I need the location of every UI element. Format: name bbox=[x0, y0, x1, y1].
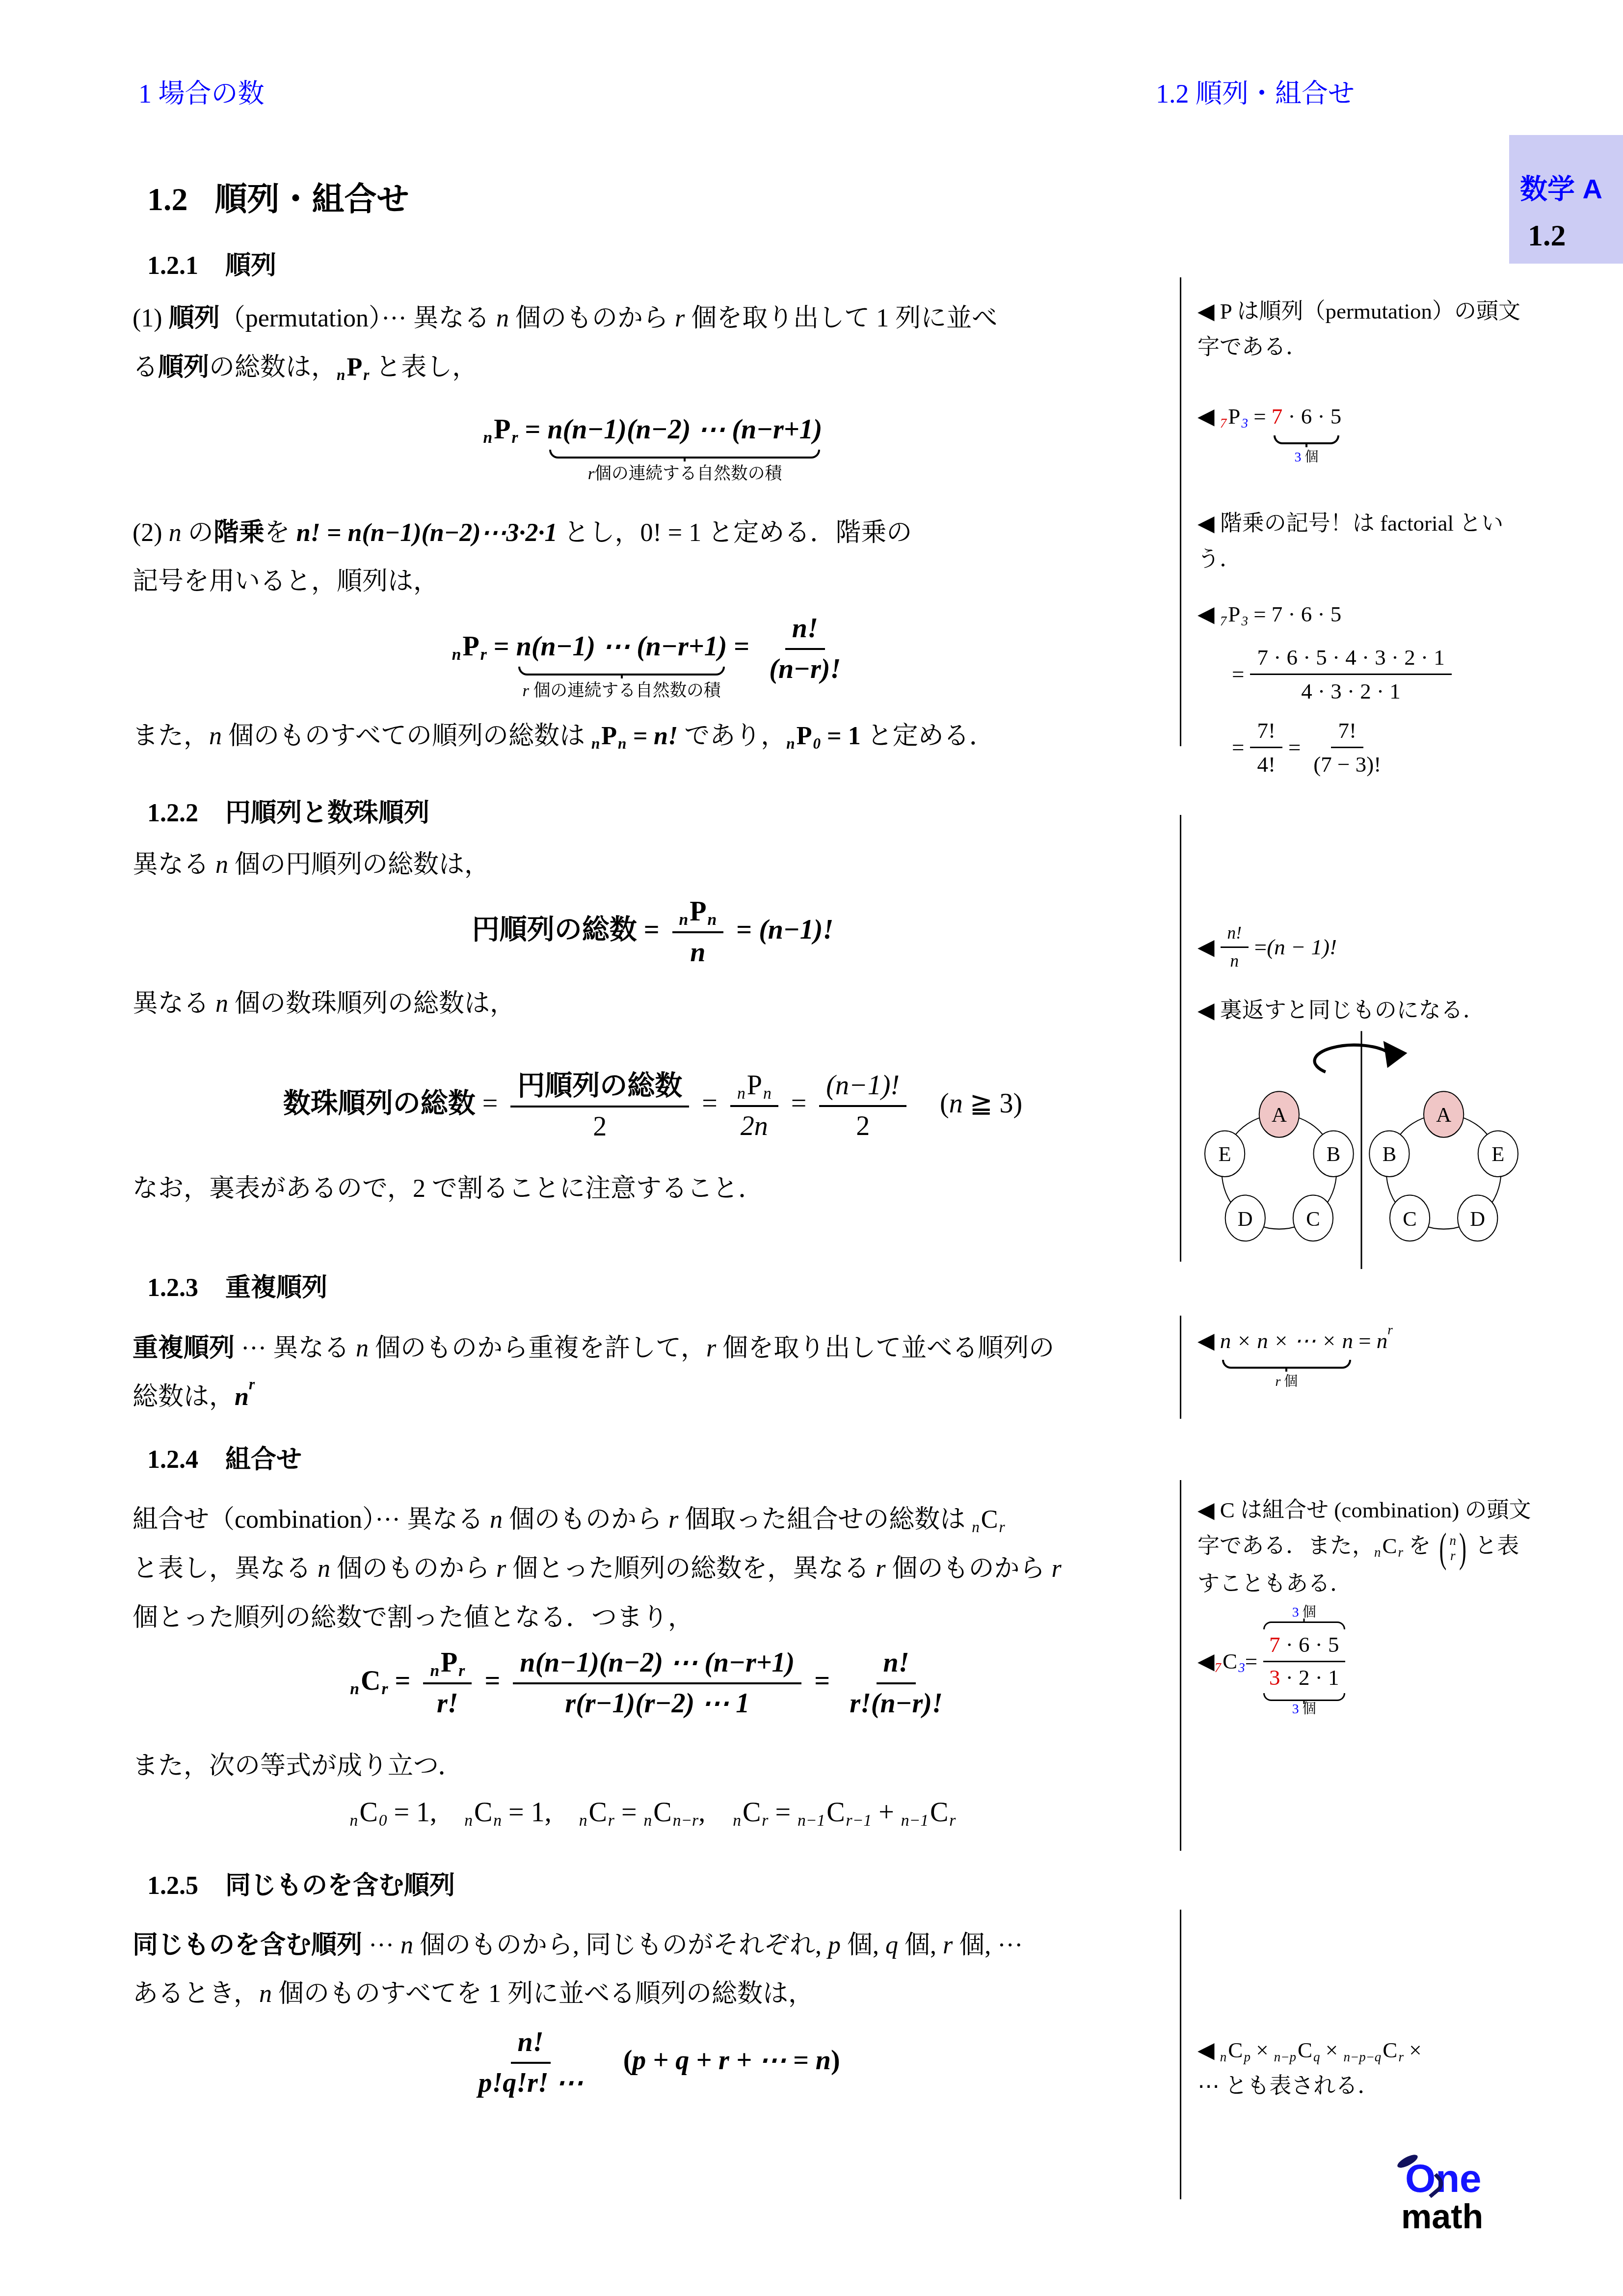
textbook-page: 1 場合の数 1.2 順列・組合せ 数学 A 1.2 1.2順列・組合せ 1.2… bbox=[0, 0, 1623, 2296]
divider-line bbox=[1180, 1316, 1181, 1419]
paragraph-circular: 異なる n 個の円順列の総数は， bbox=[133, 840, 1173, 890]
divider-line bbox=[1180, 815, 1181, 1262]
header-section: 1.2 順列・組合せ bbox=[1156, 73, 1355, 110]
paragraph-permutation-def: (1) 順列（permutation）··· 異なる n 個のものから r 個を… bbox=[133, 294, 1173, 392]
heading-1-2-1: 1.2.1順列 bbox=[147, 244, 276, 281]
formula-necklace: 数珠順列の総数 = 円順列の総数2 = nPn2n = (n−1)!2 (n ≧… bbox=[133, 1068, 1173, 1144]
label-left-a: A bbox=[1272, 1104, 1287, 1127]
paragraph-npn: また，n 個のものすべての順列の総数は nPn = n! であり，nP0 = 1… bbox=[133, 712, 1173, 761]
paragraph-factorial-def: (2) n の階乗を n! = n(n−1)(n−2)⋯3·2·1 とし，0! … bbox=[133, 508, 1173, 606]
label-left-c: C bbox=[1306, 1208, 1320, 1231]
formula-ncr-identities: nC0 = 1, nCn = 1, nCr = nCn−r, nCr = n−1… bbox=[133, 1794, 1173, 1832]
label-right-a: A bbox=[1436, 1104, 1451, 1127]
header-chapter: 1 場合の数 bbox=[138, 73, 265, 110]
paragraph-identities: また，次の等式が成り立つ． bbox=[133, 1742, 1173, 1791]
label-left-e: E bbox=[1219, 1143, 1231, 1166]
page-title: 1.2順列・組合せ bbox=[147, 173, 409, 219]
badge-section-number: 1.2 bbox=[1528, 218, 1623, 253]
margin-note-n-fact-over-n: ◀ n!n = (n − 1)! bbox=[1197, 922, 1541, 972]
divider-line bbox=[1180, 1910, 1181, 2199]
margin-note-product-of-c: ◀ nCp × n−pCq × n−p−qCr × ⋯ とも表される． bbox=[1197, 2032, 1541, 2104]
heading-1-2-5: 1.2.5同じものを含む順列 bbox=[147, 1864, 455, 1901]
page-title-number: 1.2 bbox=[147, 182, 188, 217]
formula-circular: 円順列の総数 = nPnn = (n−1)! bbox=[133, 894, 1173, 970]
necklace-diagram: A B C D E A B E C D bbox=[1192, 1022, 1531, 1271]
heading-1-2-3: 1.2.3重複順列 bbox=[147, 1267, 327, 1303]
rotation-arrowhead-icon bbox=[1384, 1041, 1408, 1068]
formula-multiset: n!p!q!r! ⋯ (p + q + r + ⋯ = n) bbox=[133, 2025, 1173, 2101]
heading-1-2-2: 1.2.2円順列と数珠順列 bbox=[147, 792, 429, 829]
label-right-b: B bbox=[1383, 1143, 1396, 1166]
formula-ncr: nCr = nPrr! = n(n−1)(n−2) ⋯ (n−r+1)r(r−1… bbox=[133, 1646, 1173, 1721]
logo-math-text: math bbox=[1401, 2199, 1483, 2234]
label-left-b: B bbox=[1327, 1143, 1340, 1166]
paragraph-combination: 組合せ（combination）··· 異なる n 個のものから r 個取った組… bbox=[133, 1495, 1173, 1643]
label-right-d: D bbox=[1470, 1208, 1485, 1231]
label-left-d: D bbox=[1238, 1208, 1253, 1231]
label-right-c: C bbox=[1403, 1208, 1416, 1231]
page-title-text: 順列・組合せ bbox=[215, 181, 409, 217]
divider-line bbox=[1180, 277, 1181, 746]
formula-npr-factorial: nPr = n(n−1) ⋯ (n−r+1)r 個の連続する自然数の積 = n!… bbox=[133, 611, 1173, 687]
paragraph-multiset: 同じものを含む順列 ··· n 個のものから, 同じものがそれぞれ, p 個, … bbox=[133, 1920, 1173, 2019]
margin-note-n-power-r: ◀ n × n × ⋯ × nr 個 = nr bbox=[1197, 1323, 1541, 1359]
logo-one-text: One bbox=[1405, 2159, 1483, 2198]
paragraph-repetition: 重複順列 ··· 異なる n 個のものから重複を許して，r 個を取り出して並べる… bbox=[133, 1324, 1173, 1422]
margin-note-7p3-expansion: ◀ 7P3 = 7 · 6 · 5 = 7 · 6 · 5 · 4 · 3 · … bbox=[1197, 596, 1541, 779]
margin-note-7p3: ◀ 7P3 = 7 · 6 · 53 個 bbox=[1197, 399, 1541, 434]
margin-note-c-initial: ◀ C は組合せ (combination) の頭文字である．また，nCr を … bbox=[1197, 1492, 1541, 1602]
formula-npr-product: nPr = n(n−1)(n−2) ⋯ (n−r+1)r個の連続する自然数の積 bbox=[133, 411, 1173, 449]
rotation-arrow-icon bbox=[1315, 1045, 1390, 1072]
margin-note-7c3: ◀ 7C3 = 3 個7 · 6 · 53 · 2 · 13 個 bbox=[1197, 1604, 1541, 1718]
subject-badge: 数学 A 1.2 bbox=[1509, 135, 1623, 264]
margin-note-factorial: ◀ 階乗の記号！は factorial という． bbox=[1197, 506, 1541, 577]
paragraph-necklace-note: なお，裏表があるので，2 で割ることに注意すること． bbox=[133, 1164, 1173, 1214]
heading-1-2-4: 1.2.4組合せ bbox=[147, 1438, 302, 1475]
label-right-e: E bbox=[1491, 1143, 1504, 1166]
paragraph-necklace: 異なる n 個の数珠順列の総数は， bbox=[133, 979, 1173, 1028]
divider-line bbox=[1180, 1480, 1181, 1851]
onemath-logo: One math bbox=[1401, 2159, 1483, 2234]
margin-note-p-initial: ◀ P は順列（permutation）の頭文字である． bbox=[1197, 294, 1541, 365]
badge-subject-label: 数学 A bbox=[1520, 167, 1623, 207]
